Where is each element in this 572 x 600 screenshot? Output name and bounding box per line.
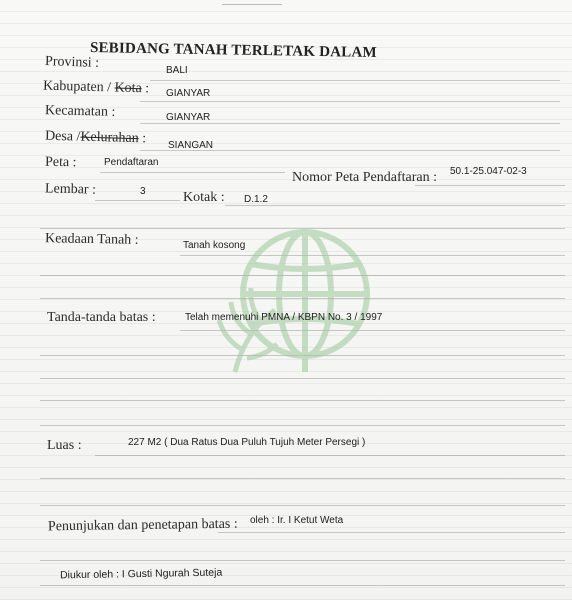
kecamatan-label: Kecamatan : [45,103,116,121]
kotak-value: D.1.2 [244,194,268,205]
ruled-line [40,400,565,401]
ruled-line [218,532,565,533]
kabupaten-colon: : [142,81,150,96]
kabupaten-label: Kabupaten / Kota : [43,79,150,98]
ruled-line [95,200,180,201]
luas-value: 227 M2 ( Dua Ratus Dua Puluh Tujuh Meter… [128,437,365,448]
ruled-line [100,172,285,173]
ruled-line [150,80,560,81]
ruled-line [225,205,565,206]
ruled-line [140,101,560,102]
ruled-line [40,560,565,561]
desa-label-text: Desa / [45,129,81,145]
nomor-peta-label: Nomor Peta Pendaftaran : [292,170,437,186]
peta-value: Pendaftaran [104,157,159,168]
ruled-line [140,123,560,124]
ruled-line [40,425,565,426]
kabupaten-label-text: Kabupaten / [43,79,115,96]
desa-label: Desa /Kelurahan : [45,129,146,148]
ruled-line [40,505,565,506]
kecamatan-value: GIANYAR [166,112,210,123]
desa-value: SIANGAN [168,140,213,151]
penunjukan-label: Penunjukan dan penetapan batas : [48,517,238,536]
provinsi-value: BALI [166,65,188,76]
ruled-line [95,455,565,456]
provinsi-label: Provinsi : [45,54,100,72]
luas-label: Luas : [47,438,82,454]
keadaan-tanah-label: Keadaan Tanah : [45,231,139,249]
desa-colon: : [139,131,147,146]
keadaan-tanah-value: Tanah kosong [183,240,245,251]
peta-label: Peta : [45,155,77,172]
kabupaten-value: GIANYAR [166,88,210,99]
tanda-batas-value: Telah memenuhi PMNA / KBPN No. 3 / 1997 [185,312,382,323]
kotak-label: Kotak : [183,190,225,206]
kota-struck-text: Kota [114,80,142,96]
tanda-batas-label: Tanda-tanda batas : [47,310,156,326]
lembar-label: Lembar : [45,181,96,198]
ruled-line [415,185,565,186]
ruled-line [40,585,565,586]
nomor-peta-value: 50.1-25.047-02-3 [450,166,527,177]
penunjukan-value: oleh : Ir. I Ketut Weta [250,515,343,526]
kelurahan-struck-text: Kelurahan [80,130,139,147]
ruled-line [40,478,565,479]
lembar-value: 3 [140,186,146,197]
page-header-fragment [222,0,282,5]
